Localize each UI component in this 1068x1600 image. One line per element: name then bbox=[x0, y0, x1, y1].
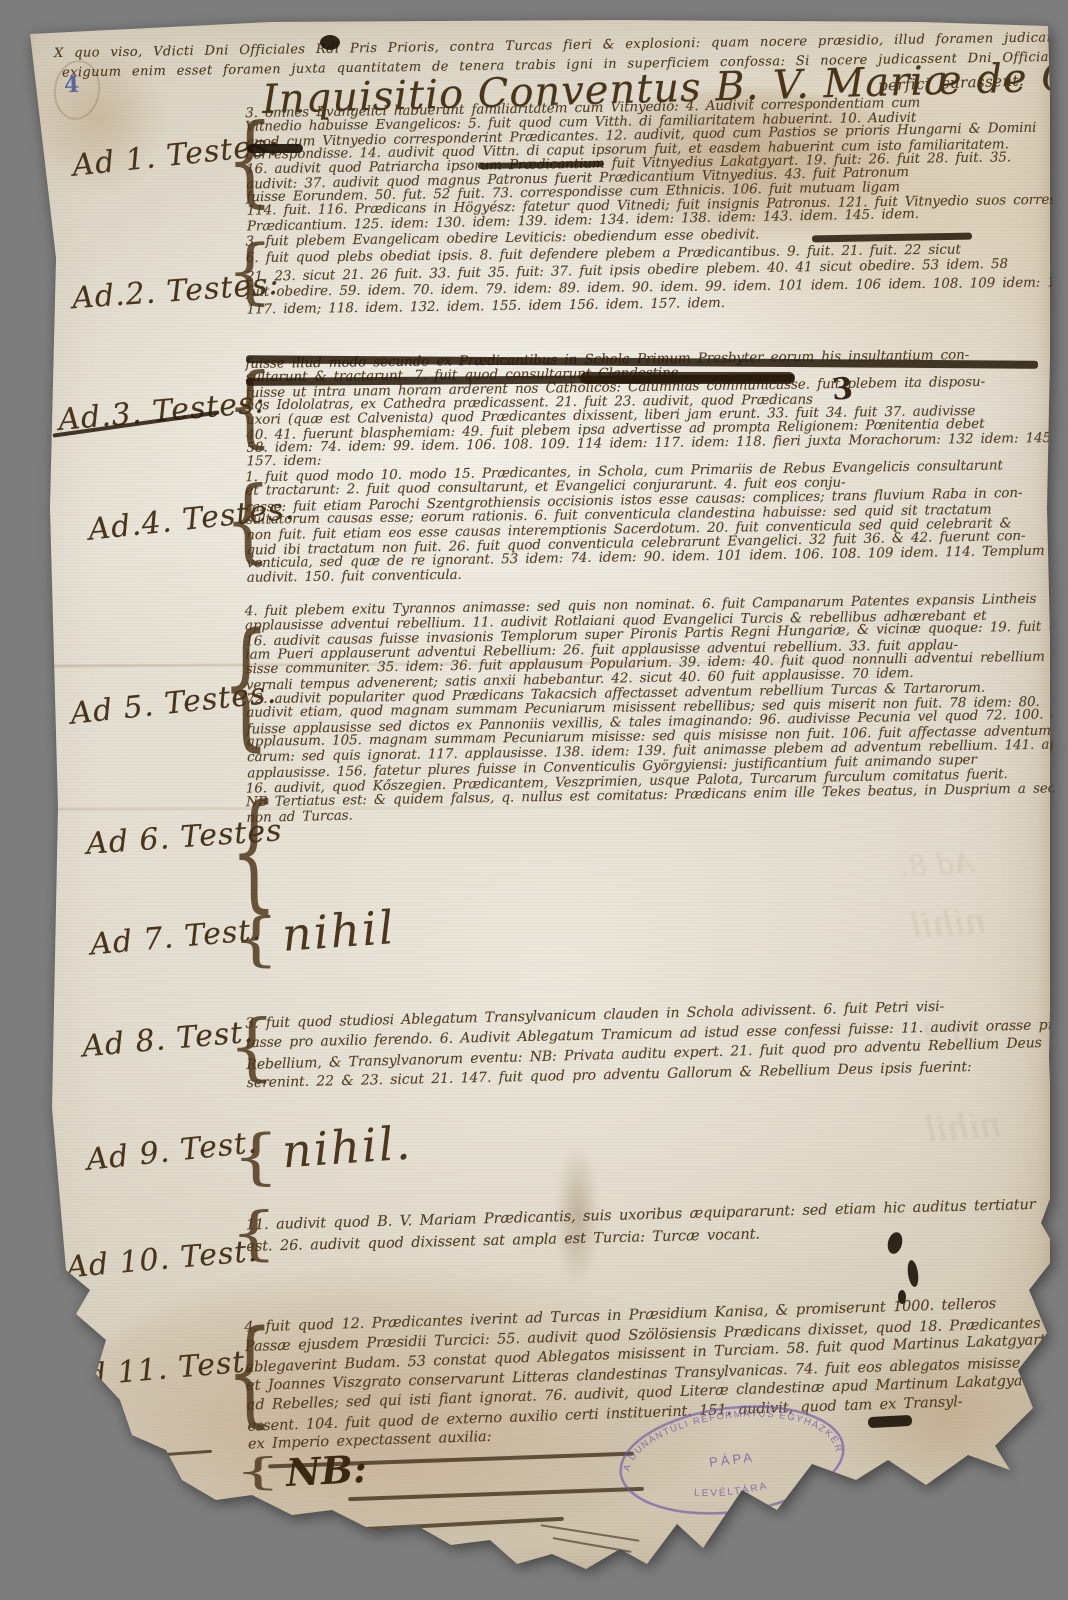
manuscript-page: Ad 8. nihil Ad 9. nihil 4 X quo viso, Vd… bbox=[20, 8, 1050, 1575]
ink-blot bbox=[247, 144, 303, 153]
ink-strike bbox=[580, 372, 795, 384]
bleedthrough-text: nihil bbox=[909, 901, 988, 946]
bleedthrough-text: Ad 8. bbox=[899, 846, 974, 883]
bleedthrough-text: nihil bbox=[924, 1105, 1003, 1150]
ink-blot bbox=[868, 1415, 913, 1428]
pen-stroke bbox=[348, 1487, 644, 1501]
pen-stroke bbox=[148, 1450, 212, 1457]
correction-numeral: 3 bbox=[831, 371, 854, 407]
section-brace: { bbox=[234, 1448, 282, 1495]
stamp-center-text: PÁPA bbox=[708, 1449, 755, 1469]
section-text-ad8: 3. fuit quod studiosi Ablegatum Transylv… bbox=[245, 994, 1047, 1094]
ink-spot bbox=[898, 1290, 906, 1304]
section-text-ad4: 1. fuit quod modo 10. modo 15. Prædicant… bbox=[245, 458, 1047, 586]
stamp-bottom-text: LEVÉLTÁRA bbox=[692, 1479, 769, 1503]
pen-stroke bbox=[362, 1517, 564, 1532]
section-text-ad1: 3. omnes Evangelici habuerunt familiarit… bbox=[245, 94, 1047, 233]
section-text-ad5: 4. fuit plebem exitu Tyrannos animasse: … bbox=[245, 592, 1048, 780]
nb-mark: NB: bbox=[285, 1446, 368, 1495]
photo-backdrop: { "photo": { "backdrop_color": "#7d7d7d"… bbox=[0, 0, 1068, 1600]
ink-spot bbox=[906, 1259, 920, 1287]
nihil-entry: nihil bbox=[280, 900, 397, 962]
torn-edge-scribble bbox=[552, 1537, 631, 1553]
section-brace: { bbox=[220, 1500, 268, 1559]
nihil-entry: nihil. bbox=[280, 1116, 413, 1179]
section-label-ad10-test: Ad 10. Test. bbox=[65, 1234, 259, 1286]
ink-blot bbox=[320, 35, 340, 50]
section-text-ad10: 11. audivit quod B. V. Mariam Prædicanti… bbox=[246, 1194, 1047, 1259]
photograph: Ad 8. nihil Ad 9. nihil 4 X quo viso, Vd… bbox=[0, 0, 1068, 1600]
